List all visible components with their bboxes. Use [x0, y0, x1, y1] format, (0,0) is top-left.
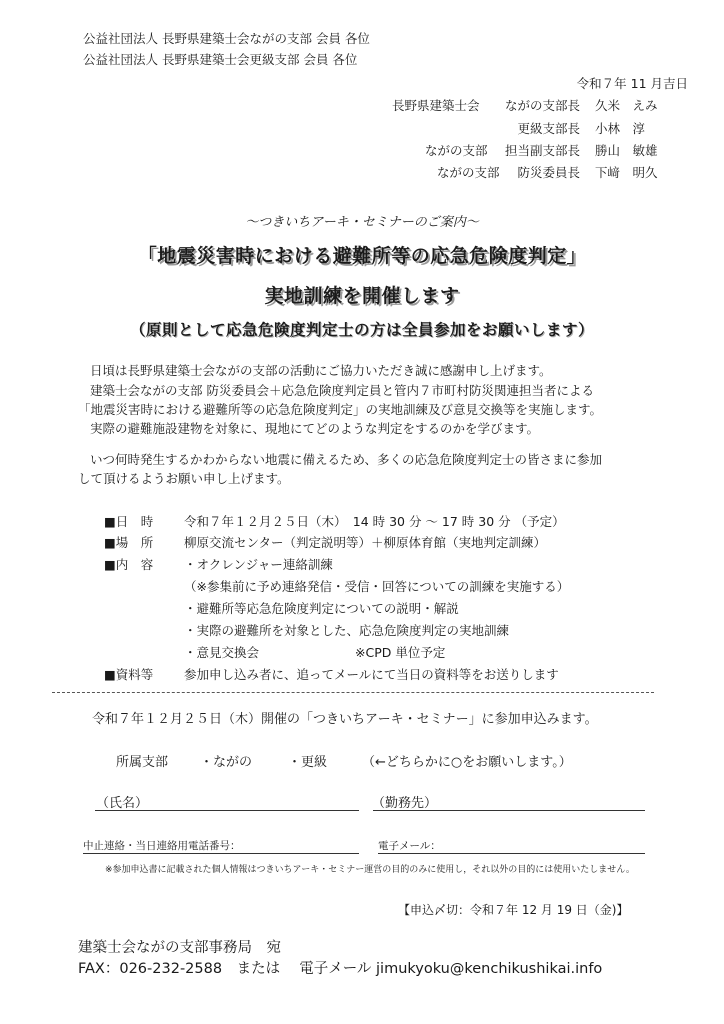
addressee-line-1: 公益社団法人 長野県建築士会ながの支部 会員 各位 — [83, 29, 370, 47]
cut-line-divider — [52, 692, 654, 693]
sender-title: ながの支部長 — [505, 96, 580, 114]
participation-request: （原則として応急危険度判定士の方は全員参加をお願いします） — [0, 318, 724, 340]
page-title-line-2: 実地訓練を開催します — [0, 281, 724, 308]
content-item: （※参集前に予め連絡発信・受信・回答についての訓練を実施する） — [184, 577, 569, 595]
materials-label: ■資料等 — [104, 665, 153, 683]
body-text: して頂けるようお願い申し上げます。 — [78, 469, 290, 487]
sender-org: 長野県建築士会 — [392, 96, 480, 114]
sender-name: 勝山 敏雄 — [595, 141, 658, 159]
sender-row: ながの支部 防災委員長 下﨑 明久 — [0, 163, 724, 181]
sender-title: 防災委員長 — [517, 163, 580, 181]
body-text: 「地震災害時における避難所等の応急危険度判定」の実地訓練及び意見交換等を実施しま… — [78, 400, 602, 418]
phone-field[interactable] — [83, 853, 359, 854]
sender-name: 下﨑 明久 — [595, 163, 658, 181]
sender-org: ながの支部 — [425, 141, 488, 159]
phone-label: 中止連絡・当日連絡用電話番号： — [83, 838, 241, 853]
sender-org: ながの支部 — [437, 163, 500, 181]
datetime-value: 令和７年１２月２５日（木） 14 時 30 分 ～ 17 時 30 分 （予定） — [184, 512, 565, 530]
deadline: 【申込〆切：令和７年 12 月 19 日（金)】 — [398, 901, 628, 918]
contact-recipient: 建築士会ながの支部事務局 宛 — [78, 936, 281, 957]
privacy-note: ※参加申込書に記載された個人情報はつきいちアーキ・セミナー運営の目的のみに使用し… — [105, 862, 635, 875]
email-field[interactable] — [378, 853, 645, 854]
issue-date: 令和７年 11 月吉日 — [577, 74, 688, 92]
name-field[interactable] — [95, 810, 359, 811]
sender-row: 長野県建築士会 ながの支部長 久米 えみ — [0, 96, 724, 114]
name-label: （氏名） — [96, 792, 148, 811]
apply-statement: 令和７年１２月２５日（木）開催の「つきいちアーキ・セミナー」に参加申込みます。 — [92, 708, 598, 727]
branch-instruction: （←どちらかに○をお願いします。） — [362, 751, 572, 770]
sender-row: 更級支部長 小林 淳 — [0, 119, 724, 137]
contact-fax-email: FAX：026-232-2588 または 電子メール jimukyoku@ken… — [78, 957, 602, 978]
body-text: いつ何時発生するかわからない地震に備えるため、多くの応急危険度判定士の皆さまに参… — [90, 450, 602, 468]
sender-name: 小林 淳 — [595, 119, 645, 137]
workplace-label: （勤務先） — [372, 792, 437, 811]
workplace-field[interactable] — [373, 810, 645, 811]
addressee-line-2: 公益社団法人 長野県建築士会更級支部 会員 各位 — [83, 50, 357, 68]
branch-option-nagano[interactable]: ・ながの — [200, 751, 252, 770]
content-item: ・避難所等応急危険度判定についての説明・解説 — [184, 599, 459, 617]
content-item: ・実際の避難所を対象とした、応急危険度判定の実地訓練 — [184, 621, 509, 639]
place-label: ■場 所 — [104, 533, 153, 551]
materials-value: 参加申し込み者に、追ってメールにて当日の資料等をお送りします — [184, 665, 559, 683]
body-text: 日頃は長野県建築士会ながの支部の活動にご協力いただき誠に感謝申し上げます。 — [90, 361, 552, 379]
place-value: 柳原交流センター（判定説明等）＋柳原体育館（実地判定訓練） — [184, 533, 546, 551]
branch-label: 所属支部 — [116, 751, 168, 770]
datetime-label: ■日 時 — [104, 512, 153, 530]
sender-name: 久米 えみ — [595, 96, 658, 114]
seminar-subtitle: ～つきいちアーキ・セミナーのご案内～ — [0, 211, 724, 230]
content-item: ・オクレンジャー連絡訓練 — [184, 555, 333, 573]
cpd-note: ※CPD 単位予定 — [355, 643, 445, 661]
page-title: 「地震災害時における避難所等の応急危険度判定」 — [0, 241, 724, 268]
body-text: 実際の避難施設建物を対象に、現地にてどのような判定をするのかを学びます。 — [90, 419, 539, 437]
sender-title: 担当副支部長 — [505, 141, 580, 159]
branch-option-sarashina[interactable]: ・更級 — [288, 751, 327, 770]
sender-row: ながの支部 担当副支部長 勝山 敏雄 — [0, 141, 724, 159]
sender-title: 更級支部長 — [517, 119, 580, 137]
content-item: ・意見交換会 — [184, 643, 259, 661]
content-label: ■内 容 — [104, 555, 153, 573]
body-text: 建築士会ながの支部 防災委員会＋応急危険度判定員と管内７市町村防災関連担当者によ… — [90, 381, 594, 399]
email-label: 電子メール： — [378, 838, 441, 853]
